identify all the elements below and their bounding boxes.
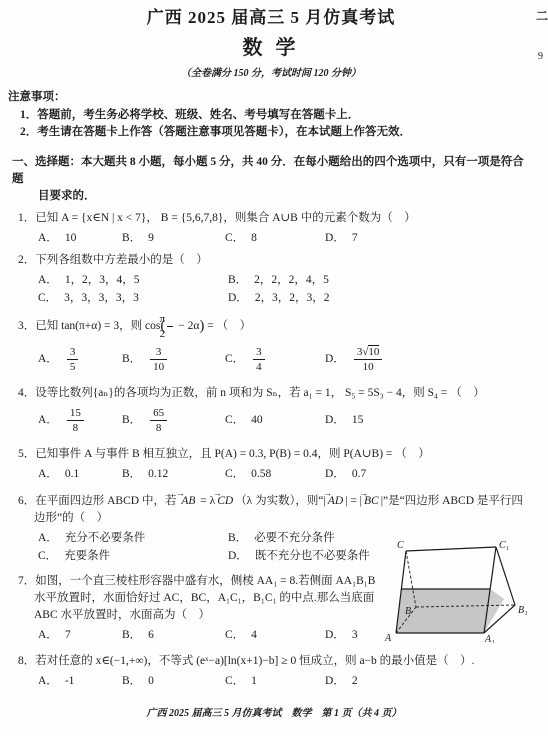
question-1-stem: 1．已知 A = {x∈N | x < 7}， B = {5,6,7,8}，则集… [18, 210, 534, 227]
option-value: 15 [352, 414, 364, 426]
option-label: A． [38, 675, 58, 687]
option-label: D． [325, 353, 345, 365]
note-item-2: 2．考生请在答题卡上作答（答题注意事项见答题卡），在本试题上作答无效． [20, 124, 534, 141]
question-2: 2．下列各组数中方差最小的是（ ） A．1，2，3，4，5 B．2，2，2，4，… [18, 252, 534, 307]
question-4-option-a: A．158 [38, 405, 122, 435]
question-8-option-a: A．-1 [38, 673, 122, 690]
option-value: 充要条件 [64, 550, 110, 562]
question-5-options: A．0.1 B．0.12 C．0.58 D．0.7 [38, 466, 534, 483]
corner-mark: 二 [536, 8, 548, 25]
option-value: 9 [148, 232, 154, 244]
question-7-options: A．7 B．6 C．4 D．3 [38, 627, 378, 644]
question-7-option-b: B．6 [122, 627, 225, 644]
option-label: C． [38, 550, 57, 562]
question-6-option-d: D．既不充分也不必要条件 [228, 548, 534, 565]
option-value: 10 [65, 232, 77, 244]
question-7-option-d: D．3 [325, 627, 378, 644]
question-1-options: A．10 B．9 C．8 D．7 [38, 230, 534, 247]
option-value: 0.58 [251, 468, 271, 480]
option-label: D． [325, 468, 345, 480]
question-3-stem: 3．已知 tan(π+α) = 3，则 cos(π2 − 2α) = （ ） [18, 312, 534, 341]
corner-page-number: 9 [538, 48, 543, 65]
option-label: A． [38, 232, 58, 244]
question-1-option-d: D．7 [325, 230, 534, 247]
option-label: B． [122, 353, 141, 365]
option-label: D． [325, 232, 345, 244]
option-value: 40 [251, 414, 263, 426]
option-label: C． [225, 232, 244, 244]
question-3-option-b: B．310 [122, 344, 225, 374]
option-label: C． [225, 629, 244, 641]
question-8: 8．若对任意的 x∈(−1,+∞)，不等式 (eˣ−a)[ln(x+1)−b] … [18, 653, 534, 690]
option-value: 3，3，3，3，3 [64, 292, 139, 304]
option-label: C． [225, 468, 244, 480]
page-footer: 广西 2025 届高三 5 月仿真考试 数学 第 1 页（共 4 页） [0, 705, 548, 722]
option-value: 3√1010 [352, 353, 385, 365]
option-value: 1 [251, 675, 257, 687]
option-value: 2，2，2，4，5 [254, 274, 329, 286]
option-label: B． [122, 468, 141, 480]
option-label: D． [325, 675, 345, 687]
option-value: 0.1 [65, 468, 79, 480]
option-label: D． [325, 414, 345, 426]
exam-info: （全卷满分 150 分，考试时间 120 分钟） [8, 67, 534, 81]
option-value: 6 [148, 629, 154, 641]
section-heading: 一、选择题：本大题共 8 小题，每小题 5 分，共 40 分．在每小题给出的四个… [12, 154, 534, 205]
option-label: D． [325, 629, 345, 641]
option-value: 158 [65, 414, 86, 426]
question-4-stem: 4．设等比数列{aₙ}的各项均为正数，前 n 项和为 Sₙ，若 a₁ = 1， … [18, 385, 534, 402]
question-8-options: A．-1 B．0 C．1 D．2 [38, 673, 534, 690]
option-value: 1，2，3，4，5 [65, 274, 140, 286]
option-value: 35 [65, 353, 81, 365]
notes-heading: 注意事项： [8, 89, 534, 106]
option-value: 充分不必要条件 [65, 532, 146, 544]
question-4-option-b: B．658 [122, 405, 225, 435]
option-value: 0.7 [352, 468, 366, 480]
option-label: C． [225, 414, 244, 426]
question-3-option-a: A．35 [38, 344, 122, 374]
question-7-option-a: A．7 [38, 627, 122, 644]
option-label: D． [228, 550, 248, 562]
exam-title: 广西 2025 届高三 5 月仿真考试 [8, 6, 534, 30]
option-label: A． [38, 532, 58, 544]
question-3-option-d: D．3√1010 [325, 344, 534, 374]
question-2-option-d: D．2，3，2，3，2 [228, 290, 534, 307]
option-label: A． [38, 274, 58, 286]
question-5-stem: 5．已知事件 A 与事件 B 相互独立，且 P(A) = 0.3, P(B) =… [18, 446, 534, 463]
question-8-stem: 8．若对任意的 x∈(−1,+∞)，不等式 (eˣ−a)[ln(x+1)−b] … [18, 653, 534, 670]
question-2-option-c: C．3，3，3，3，3 [38, 290, 228, 307]
exam-page: 二 9 广西 2025 届高三 5 月仿真考试 数 学 （全卷满分 150 分，… [0, 0, 548, 736]
question-2-option-b: B．2，2，2，4，5 [228, 272, 534, 289]
option-value: 4 [251, 629, 257, 641]
question-1-option-b: B．9 [122, 230, 225, 247]
option-value: 必要不充分条件 [254, 532, 335, 544]
question-8-option-d: D．2 [325, 673, 534, 690]
question-1-option-c: C．8 [225, 230, 325, 247]
option-label: C． [38, 292, 57, 304]
prism-label-b1: B₁ [518, 605, 528, 616]
option-label: B． [122, 232, 141, 244]
option-label: B． [228, 274, 247, 286]
question-7-option-c: C．4 [225, 627, 325, 644]
option-value: 既不充分也不必要条件 [255, 550, 370, 562]
question-6-stem: 6．在平面四边形 ABCD 中，若 AB = λCD（λ 为实数），则“|AD|… [18, 493, 534, 527]
question-6-option-a: A．充分不必要条件 [38, 530, 228, 547]
section-heading-line1: 一、选择题：本大题共 8 小题，每小题 5 分，共 40 分．在每小题给出的四个… [12, 154, 534, 188]
question-4-options: A．158 B．658 C．40 D．15 [38, 405, 534, 435]
option-label: A． [38, 353, 58, 365]
option-value: 8 [251, 232, 257, 244]
prism-label-a1: A₁ [484, 634, 495, 643]
prism-label-b: B [405, 606, 411, 617]
option-value: 34 [251, 353, 267, 365]
option-value: 0.12 [148, 468, 168, 480]
option-label: C． [225, 675, 244, 687]
option-value: 7 [65, 629, 71, 641]
question-2-stem: 2．下列各组数中方差最小的是（ ） [18, 252, 534, 269]
question-5-option-b: B．0.12 [122, 466, 225, 483]
option-value: 310 [148, 353, 169, 365]
option-label: A． [38, 468, 58, 480]
option-label: B． [122, 675, 141, 687]
question-2-option-a: A．1，2，3，4，5 [38, 272, 228, 289]
option-label: B． [228, 532, 247, 544]
question-4-option-d: D．15 [325, 405, 534, 435]
question-1: 1．已知 A = {x∈N | x < 7}， B = {5,6,7,8}，则集… [18, 210, 534, 247]
option-label: A． [38, 629, 58, 641]
option-value: 2，3，2，3，2 [255, 292, 330, 304]
question-3-options: A．35 B．310 C．34 D．3√1010 [38, 344, 534, 374]
exam-subject: 数 学 [8, 35, 534, 62]
question-6-options: A．充分不必要条件 B．必要不充分条件 C．充要条件 D．既不充分也不必要条件 [38, 530, 534, 565]
option-value: 658 [148, 414, 169, 426]
question-7: C C₁ B B₁ A A₁ 7．如图，一个直三棱柱形容器中盛有水，侧棱 AA₁… [18, 573, 534, 644]
question-6-option-b: B．必要不充分条件 [228, 530, 534, 547]
question-8-option-b: B．0 [122, 673, 225, 690]
question-5-option-a: A．0.1 [38, 466, 122, 483]
question-3-option-c: C．34 [225, 344, 325, 374]
option-label: B． [122, 414, 141, 426]
question-4: 4．设等比数列{aₙ}的各项均为正数，前 n 项和为 Sₙ，若 a₁ = 1， … [18, 385, 534, 435]
option-value: 3 [352, 629, 358, 641]
note-item-1: 1．答题前，考生务必将学校、班级、姓名、考号填写在答题卡上． [20, 107, 534, 124]
question-3: 3．已知 tan(π+α) = 3，则 cos(π2 − 2α) = （ ） A… [18, 312, 534, 374]
question-8-option-c: C．1 [225, 673, 325, 690]
option-value: 7 [352, 232, 358, 244]
question-2-options: A．1，2，3，4，5 B．2，2，2，4，5 C．3，3，3，3，3 D．2，… [38, 272, 534, 307]
section-heading-line2: 目要求的． [38, 188, 534, 205]
option-label: B． [122, 629, 141, 641]
option-value: -1 [65, 675, 75, 687]
option-label: A． [38, 414, 58, 426]
prism-label-a: A [384, 633, 392, 643]
question-5-option-d: D．0.7 [325, 466, 534, 483]
option-value: 0 [148, 675, 154, 687]
question-5: 5．已知事件 A 与事件 B 相互独立，且 P(A) = 0.3, P(B) =… [18, 446, 534, 483]
option-value: 2 [352, 675, 358, 687]
option-label: D． [228, 292, 248, 304]
question-6-option-c: C．充要条件 [38, 548, 228, 565]
question-5-option-c: C．0.58 [225, 466, 325, 483]
option-label: C． [225, 353, 244, 365]
question-4-option-c: C．40 [225, 405, 325, 435]
question-1-option-a: A．10 [38, 230, 122, 247]
question-6: 6．在平面四边形 ABCD 中，若 AB = λCD（λ 为实数），则“|AD|… [18, 493, 534, 565]
